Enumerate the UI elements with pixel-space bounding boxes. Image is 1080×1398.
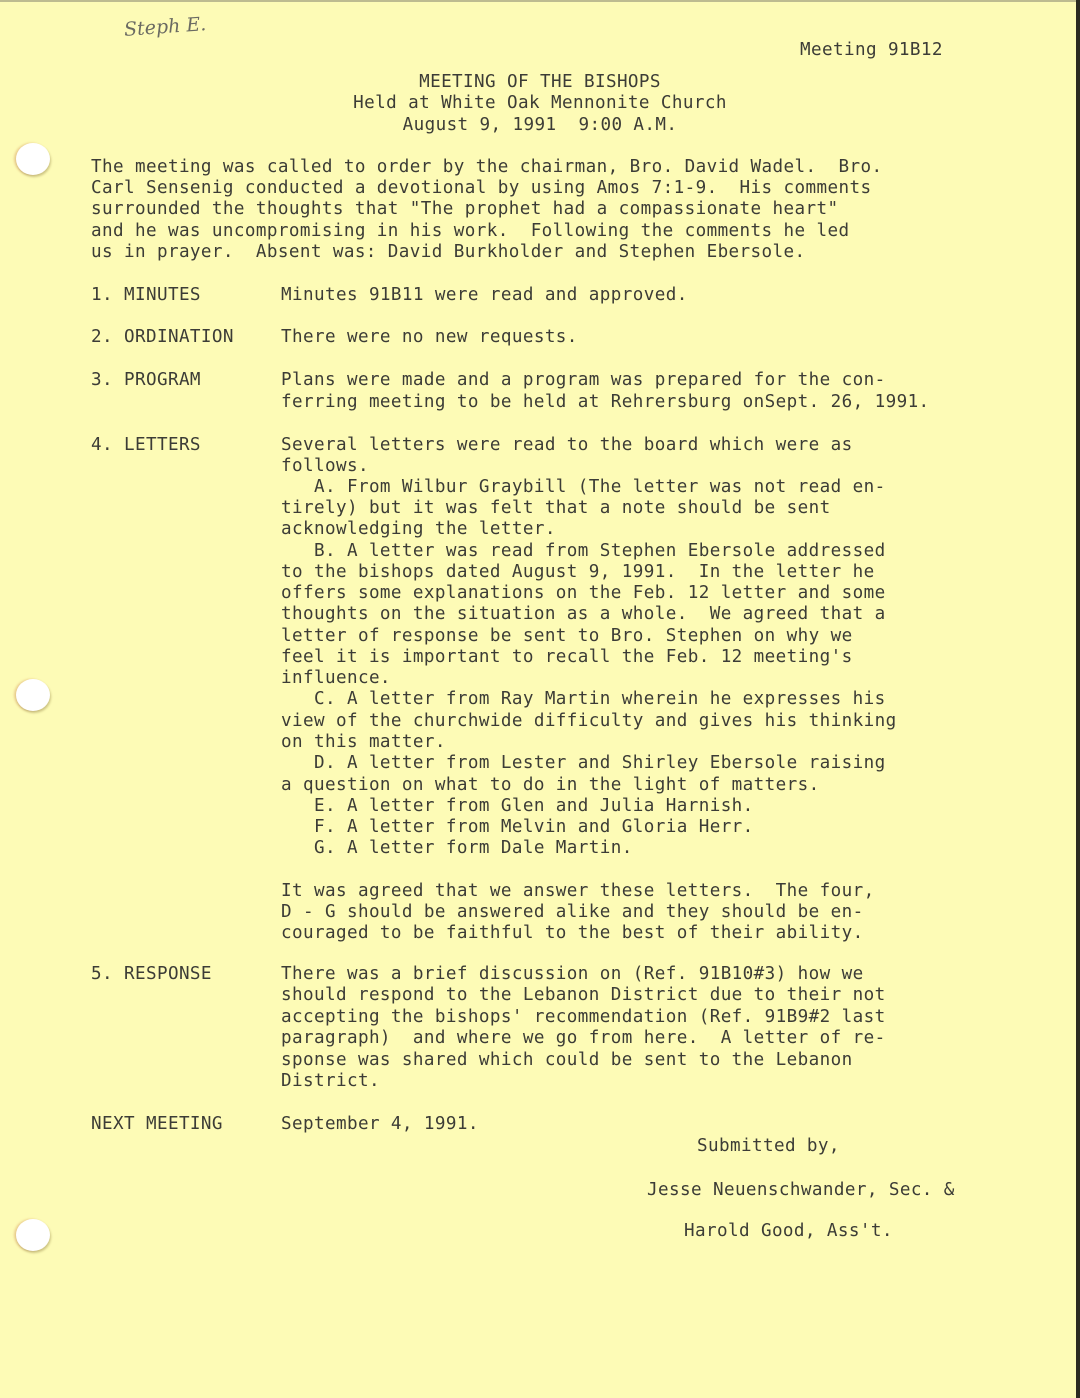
letter-a: A. From Wilbur Graybill (The letter was … — [281, 477, 886, 498]
punch-hole — [16, 143, 50, 175]
item-text: view of the churchwide difficulty and gi… — [281, 711, 897, 732]
item-text: offers some explanations on the Feb. 12 … — [281, 583, 886, 604]
letter-f: F. A letter from Melvin and Gloria Herr. — [281, 817, 754, 838]
next-meeting-label: NEXT MEETING — [91, 1114, 223, 1135]
item-text: There was a brief discussion on (Ref. 91… — [281, 964, 864, 985]
letter-g: G. A letter form Dale Martin. — [281, 838, 633, 859]
letter-b: B. A letter was read from Stephen Eberso… — [281, 541, 886, 562]
item-text: to the bishops dated August 9, 1991. In … — [281, 562, 875, 583]
item-text: should respond to the Lebanon District d… — [281, 985, 886, 1006]
document-page: Steph E. Meeting 91B12 MEETING OF THE BI… — [0, 0, 1076, 1398]
item-text: There were no new requests. — [281, 327, 578, 348]
assistant-name: Harold Good, Ass't. — [684, 1221, 893, 1242]
item-label: 5. RESPONSE — [91, 964, 212, 985]
letter-d: D. A letter from Lester and Shirley Eber… — [281, 753, 886, 774]
item-text: follows. — [281, 456, 369, 477]
item-label: 4. LETTERS — [91, 435, 201, 456]
letters-conclusion: couraged to be faithful to the best of t… — [281, 923, 864, 944]
letter-e: E. A letter from Glen and Julia Harnish. — [281, 796, 754, 817]
document-title: MEETING OF THE BISHOPS — [0, 72, 1080, 93]
next-meeting-date: September 4, 1991. — [281, 1114, 479, 1135]
punch-hole — [16, 1219, 50, 1251]
intro-line: and he was uncompromising in his work. F… — [91, 221, 849, 242]
item-text: acknowledging the letter. — [281, 519, 556, 540]
item-text: accepting the bishops' recommendation (R… — [281, 1007, 886, 1028]
item-label: 2. ORDINATION — [91, 327, 234, 348]
item-text: District. — [281, 1071, 380, 1092]
intro-line: us in prayer. Absent was: David Burkhold… — [91, 242, 806, 263]
item-text: sponse was shared which could be sent to… — [281, 1050, 853, 1071]
letters-conclusion: It was agreed that we answer these lette… — [281, 881, 875, 902]
item-text: thoughts on the situation as a whole. We… — [281, 604, 886, 625]
item-text: Plans were made and a program was prepar… — [281, 370, 886, 391]
item-text: influence. — [281, 668, 391, 689]
item-text: letter of response be sent to Bro. Steph… — [281, 626, 853, 647]
meeting-location: Held at White Oak Mennonite Church — [0, 93, 1080, 114]
item-label: 1. MINUTES — [91, 285, 201, 306]
page-edge — [1076, 0, 1080, 1398]
item-text: paragraph) and where we go from here. A … — [281, 1028, 886, 1049]
secretary-name: Jesse Neuenschwander, Sec. & — [647, 1180, 955, 1201]
letters-conclusion: D - G should be answered alike and they … — [281, 902, 864, 923]
item-text: Several letters were read to the board w… — [281, 435, 853, 456]
intro-line: surrounded the thoughts that "The prophe… — [91, 199, 838, 220]
handwritten-note: Steph E. — [123, 13, 207, 41]
item-label: 3. PROGRAM — [91, 370, 201, 391]
intro-line: Carl Sensenig conducted a devotional by … — [91, 178, 871, 199]
meeting-datetime: August 9, 1991 9:00 A.M. — [0, 115, 1080, 136]
letter-c: C. A letter from Ray Martin wherein he e… — [281, 689, 886, 710]
item-text: Minutes 91B11 were read and approved. — [281, 285, 688, 306]
meeting-number: Meeting 91B12 — [800, 40, 943, 61]
punch-hole — [16, 679, 50, 711]
intro-line: The meeting was called to order by the c… — [91, 157, 882, 178]
item-text: a question on what to do in the light of… — [281, 775, 820, 796]
item-text: ferring meeting to be held at Rehrersbur… — [281, 392, 930, 413]
submitted-by: Submitted by, — [697, 1136, 840, 1157]
item-text: tirely) but it was felt that a note shou… — [281, 498, 831, 519]
item-text: feel it is important to recall the Feb. … — [281, 647, 853, 668]
item-text: on this matter. — [281, 732, 446, 753]
